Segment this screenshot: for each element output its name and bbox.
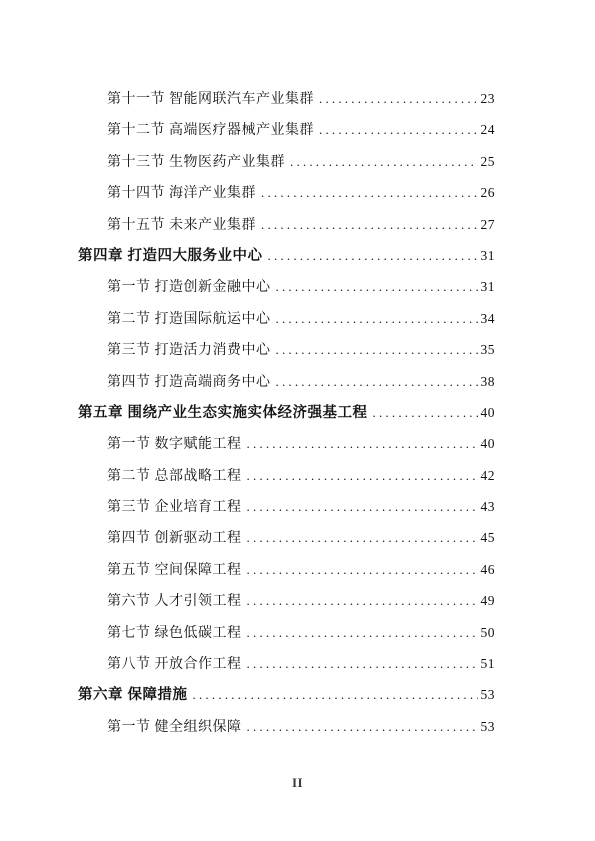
toc-entry-page-number: 25 — [481, 146, 496, 177]
toc-entry: 第十三节 生物医药产业集群 25 — [78, 146, 495, 177]
toc-entry-page-number: 53 — [481, 679, 496, 710]
toc-entry-page-number: 46 — [481, 554, 496, 585]
toc-entry: 第二节 打造国际航运中心 34 — [78, 303, 495, 334]
toc-entry-label: 第一节 数字赋能工程 — [107, 429, 242, 460]
toc-entry-label: 第六节 人才引领工程 — [107, 586, 242, 617]
toc-entry: 第六章 保障措施 53 — [78, 679, 495, 710]
dot-leader — [319, 114, 478, 145]
dot-leader — [276, 271, 478, 302]
footer-page-number: II — [0, 775, 595, 791]
toc-entry-label: 第五节 空间保障工程 — [107, 555, 242, 586]
document-page: 第十一节 智能网联汽车产业集群 23 第十二节 高端医疗器械产业集群 24 第十… — [0, 0, 595, 841]
toc-entry: 第四章 打造四大服务业中心 31 — [78, 240, 495, 271]
dot-leader — [319, 83, 478, 114]
dot-leader — [247, 522, 478, 553]
toc-entry-label: 第四章 打造四大服务业中心 — [78, 241, 263, 272]
dot-leader — [276, 334, 478, 365]
toc-entry-label: 第二节 打造国际航运中心 — [107, 304, 271, 335]
toc-entry: 第一节 健全组织保障 53 — [78, 711, 495, 742]
toc-entry: 第五章 围绕产业生态实施实体经济强基工程 40 — [78, 397, 495, 428]
toc-entry-page-number: 38 — [481, 366, 496, 397]
toc-entry-label: 第一节 健全组织保障 — [107, 712, 242, 743]
toc-entry-label: 第八节 开放合作工程 — [107, 649, 242, 680]
toc-entry: 第六节 人才引领工程 49 — [78, 585, 495, 616]
toc-entry-page-number: 27 — [481, 209, 496, 240]
toc-entry: 第四节 打造高端商务中心 38 — [78, 366, 495, 397]
toc-entry: 第五节 空间保障工程 46 — [78, 554, 495, 585]
toc-entry: 第三节 打造活力消费中心 35 — [78, 334, 495, 365]
toc-entry-page-number: 31 — [481, 240, 496, 271]
toc-entry-label: 第三节 企业培育工程 — [107, 492, 242, 523]
dot-leader — [247, 428, 478, 459]
dot-leader — [268, 240, 478, 271]
dot-leader — [276, 366, 478, 397]
dot-leader — [276, 303, 478, 334]
toc-list: 第十一节 智能网联汽车产业集群 23 第十二节 高端医疗器械产业集群 24 第十… — [78, 83, 495, 742]
toc-entry: 第十一节 智能网联汽车产业集群 23 — [78, 83, 495, 114]
dot-leader — [247, 554, 478, 585]
toc-entry-page-number: 26 — [481, 177, 496, 208]
dot-leader — [290, 146, 478, 177]
toc-entry-page-number: 35 — [481, 334, 496, 365]
toc-entry: 第二节 总部战略工程 42 — [78, 460, 495, 491]
toc-entry-page-number: 23 — [481, 83, 496, 114]
dot-leader — [247, 491, 478, 522]
toc-entry-page-number: 49 — [481, 585, 496, 616]
toc-entry-label: 第二节 总部战略工程 — [107, 461, 242, 492]
toc-entry-label: 第一节 打造创新金融中心 — [107, 272, 271, 303]
toc-entry-label: 第四节 创新驱动工程 — [107, 523, 242, 554]
toc-entry-label: 第十二节 高端医疗器械产业集群 — [107, 115, 314, 146]
toc-entry-label: 第五章 围绕产业生态实施实体经济强基工程 — [78, 398, 368, 429]
dot-leader — [247, 711, 478, 742]
toc-entry-label: 第十三节 生物医药产业集群 — [107, 147, 285, 178]
dot-leader — [247, 585, 478, 616]
dot-leader — [247, 460, 478, 491]
toc-entry-page-number: 53 — [481, 711, 496, 742]
toc-entry-page-number: 40 — [481, 397, 496, 428]
toc-entry-label: 第四节 打造高端商务中心 — [107, 367, 271, 398]
toc-entry: 第七节 绿色低碳工程 50 — [78, 617, 495, 648]
toc-entry: 第十四节 海洋产业集群 26 — [78, 177, 495, 208]
toc-entry: 第十五节 未来产业集群 27 — [78, 209, 495, 240]
toc-entry-page-number: 51 — [481, 648, 496, 679]
dot-leader — [373, 397, 478, 428]
toc-entry-page-number: 40 — [481, 428, 496, 459]
toc-entry: 第八节 开放合作工程 51 — [78, 648, 495, 679]
toc-entry-page-number: 45 — [481, 522, 496, 553]
dot-leader — [261, 209, 478, 240]
toc-entry-page-number: 42 — [481, 460, 496, 491]
dot-leader — [247, 617, 478, 648]
toc-entry: 第三节 企业培育工程 43 — [78, 491, 495, 522]
toc-entry-label: 第六章 保障措施 — [78, 680, 188, 711]
toc-entry: 第一节 数字赋能工程 40 — [78, 428, 495, 459]
toc-entry: 第一节 打造创新金融中心 31 — [78, 271, 495, 302]
toc-entry: 第十二节 高端医疗器械产业集群 24 — [78, 114, 495, 145]
toc-entry-page-number: 50 — [481, 617, 496, 648]
toc-entry: 第四节 创新驱动工程 45 — [78, 522, 495, 553]
toc-entry-page-number: 24 — [481, 114, 496, 145]
toc-entry-label: 第十五节 未来产业集群 — [107, 210, 256, 241]
toc-entry-page-number: 34 — [481, 303, 496, 334]
dot-leader — [193, 679, 478, 710]
toc-entry-label: 第十一节 智能网联汽车产业集群 — [107, 84, 314, 115]
toc-entry-label: 第三节 打造活力消费中心 — [107, 335, 271, 366]
toc-entry-label: 第七节 绿色低碳工程 — [107, 618, 242, 649]
dot-leader — [247, 648, 478, 679]
toc-entry-label: 第十四节 海洋产业集群 — [107, 178, 256, 209]
toc-entry-page-number: 31 — [481, 271, 496, 302]
dot-leader — [261, 177, 478, 208]
toc-entry-page-number: 43 — [481, 491, 496, 522]
